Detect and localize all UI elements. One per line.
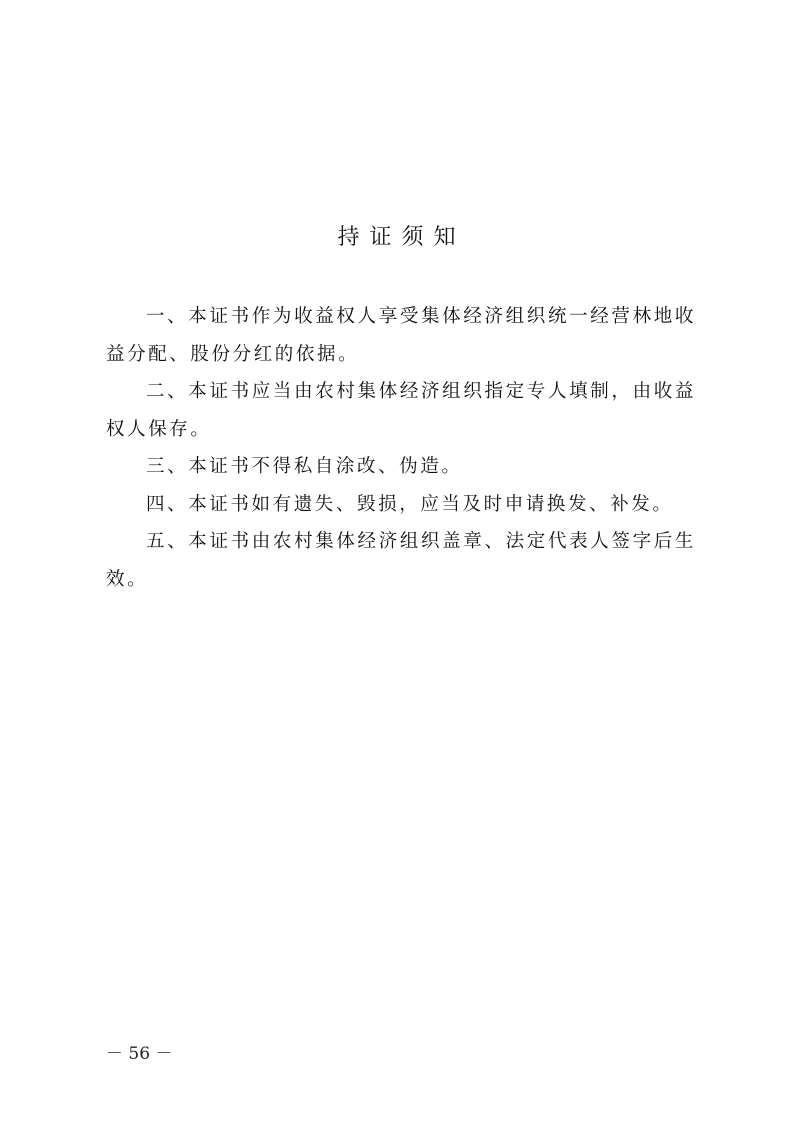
page-number: － 56 －: [106, 1042, 172, 1066]
notice-item-1: 一、本证书作为收益权人享受集体经济组织统一经营林地收益分配、股份分红的依据。: [106, 298, 696, 373]
notice-item-5: 五、本证书由农村集体经济组织盖章、法定代表人签字后生效。: [106, 523, 696, 598]
notice-item-3: 三、本证书不得私自涂改、伪造。: [106, 448, 696, 486]
notice-list: 一、本证书作为收益权人享受集体经济组织统一经营林地收益分配、股份分红的依据。 二…: [106, 298, 696, 598]
notice-item-2: 二、本证书应当由农村集体经济组织指定专人填制，由收益权人保存。: [106, 373, 696, 448]
page-title: 持证须知: [0, 222, 793, 254]
notice-item-4: 四、本证书如有遗失、毁损，应当及时申请换发、补发。: [106, 486, 696, 524]
